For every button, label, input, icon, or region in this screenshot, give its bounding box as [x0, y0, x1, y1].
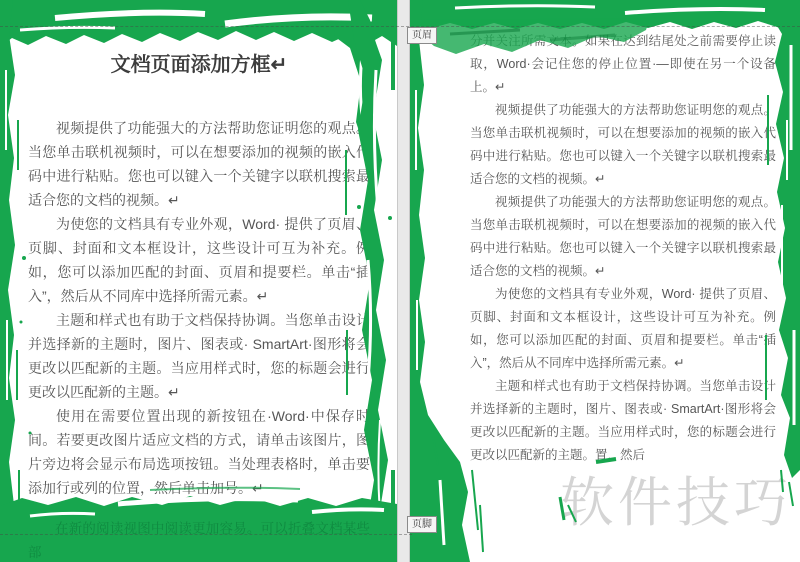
header-boundary-line [0, 26, 800, 27]
paragraph[interactable]: 使用在需要位置出现的新按钮在·Word·中保存时间。若要更改图片适应文档的方式，… [28, 404, 370, 500]
obscured-paragraph: 在新的阅读视图中阅读更加容易。可以折叠文档某些部 [28, 517, 370, 562]
paragraph[interactable]: 主题和样式也有助于文档保持协调。当您单击设计并选择新的主题时，图片、图表或· S… [470, 375, 776, 467]
paragraph[interactable]: 视频提供了功能强大的方法帮助您证明您的观点。当您单击联机视频时，可以在想要添加的… [28, 116, 370, 212]
document-title: 文档页面添加方框↵ [28, 50, 370, 80]
paragraph[interactable]: 为使您的文档具有专业外观，Word· 提供了页眉、页脚、封面和文本框设计，这些设… [470, 283, 776, 375]
left-text-column[interactable]: 文档页面添加方框↵ 视频提供了功能强大的方法帮助您证明您的观点。当您单击联机视频… [28, 50, 370, 500]
paragraph[interactable]: 分并关注所需文本。如果在达到结尾处之前需要停止读取，Word·会记住您的停止位置… [470, 30, 776, 99]
paragraph[interactable]: 视频提供了功能强大的方法帮助您证明您的观点。当您单击联机视频时，可以在想要添加的… [470, 99, 776, 191]
paragraph[interactable]: 为使您的文档具有专业外观，Word· 提供了页眉、页脚、封面和文本框设计，这些设… [28, 212, 370, 308]
header-tab: 页眉 [407, 27, 437, 44]
paragraph[interactable]: 视频提供了功能强大的方法帮助您证明您的观点。当您单击联机视频时，可以在想要添加的… [470, 191, 776, 283]
document-canvas: 文档页面添加方框↵ 视频提供了功能强大的方法帮助您证明您的观点。当您单击联机视频… [0, 0, 800, 562]
footer-tab: 页脚 [407, 516, 437, 533]
footer-boundary-line [0, 534, 412, 535]
page-right: 分并关注所需文本。如果在达到结尾处之前需要停止读取，Word·会记住您的停止位置… [410, 0, 800, 562]
paragraph[interactable]: 主题和样式也有助于文档保持协调。当您单击设计并选择新的主题时，图片、图表或· S… [28, 308, 370, 404]
watermark: 软件技巧 [560, 460, 792, 537]
page-gap [397, 0, 410, 562]
right-text-column[interactable]: 分并关注所需文本。如果在达到结尾处之前需要停止读取，Word·会记住您的停止位置… [470, 30, 776, 467]
page-left: 文档页面添加方框↵ 视频提供了功能强大的方法帮助您证明您的观点。当您单击联机视频… [0, 0, 397, 562]
